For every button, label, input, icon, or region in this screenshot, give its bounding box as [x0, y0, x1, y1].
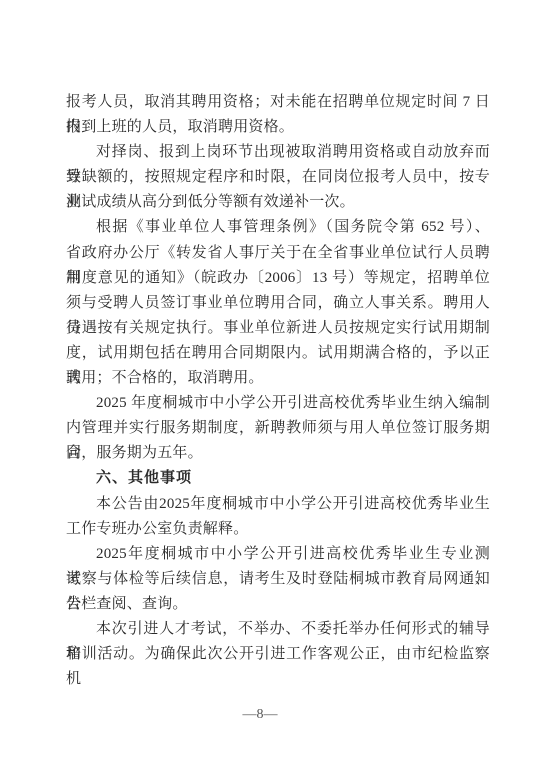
- text-line: 告栏查阅、查询。: [66, 592, 490, 617]
- text-line: 度，试用期包括在聘用合同期限内。试用期满合格的，予以正式: [66, 341, 490, 366]
- text-line: 培训活动。为确保此次公开引进工作客观公正，由市纪检监察机: [66, 642, 490, 667]
- section-heading: 六、其他事项: [66, 466, 490, 491]
- text-line: 省政府办公厅《转发省人事厅关于在全省事业单位试行人员聘用: [66, 241, 490, 266]
- text-line: 制度意见的通知》（皖政办〔2006〕13 号）等规定，招聘单位: [66, 266, 490, 291]
- text-line: 本公告由2025年度桐城市中小学公开引进高校优秀毕业生: [66, 492, 490, 517]
- text-line: 考察与体检等后续信息，请考生及时登陆桐城市教育局网通知公: [66, 567, 490, 592]
- text-line: 测试成绩从高分到低分等额有效递补一次。: [66, 190, 490, 215]
- text-line: 报考人员，取消其聘用资格；对未能在招聘单位规定时间 7 日内: [66, 90, 490, 115]
- text-line: 同，服务期为五年。: [66, 441, 490, 466]
- text-line: 须与受聘人员签订事业单位聘用合同，确立人事关系。聘用人员: [66, 291, 490, 316]
- document-body: 报考人员，取消其聘用资格；对未能在招聘单位规定时间 7 日内报到上班的人员，取消…: [66, 90, 490, 667]
- text-line: 2025 年度桐城市中小学公开引进高校优秀毕业生纳入编制: [66, 391, 490, 416]
- text-line: 工作专班办公室负责解释。: [66, 517, 490, 542]
- page-number: —8—: [0, 706, 520, 724]
- text-line: 聘用；不合格的，取消聘用。: [66, 366, 490, 391]
- text-line: 根据《事业单位人事管理条例》（国务院令第 652 号）、: [66, 215, 490, 240]
- text-line: 内管理并实行服务期制度，新聘教师须与用人单位签订服务期合: [66, 416, 490, 441]
- text-line: 2025年度桐城市中小学公开引进高校优秀毕业生专业测试、: [66, 542, 490, 567]
- text-line: 报到上班的人员，取消聘用资格。: [66, 115, 490, 140]
- text-line: 对择岗、报到上岗环节出现被取消聘用资格或自动放弃而导: [66, 140, 490, 165]
- text-line: 本次引进人才考试，不举办、不委托举办任何形式的辅导和: [66, 617, 490, 642]
- text-line: 待遇按有关规定执行。事业单位新进人员按规定实行试用期制: [66, 316, 490, 341]
- text-line: 致缺额的，按照规定程序和时限，在同岗位报考人员中，按专业: [66, 165, 490, 190]
- document-page: 报考人员，取消其聘用资格；对未能在招聘单位规定时间 7 日内报到上班的人员，取消…: [0, 0, 554, 784]
